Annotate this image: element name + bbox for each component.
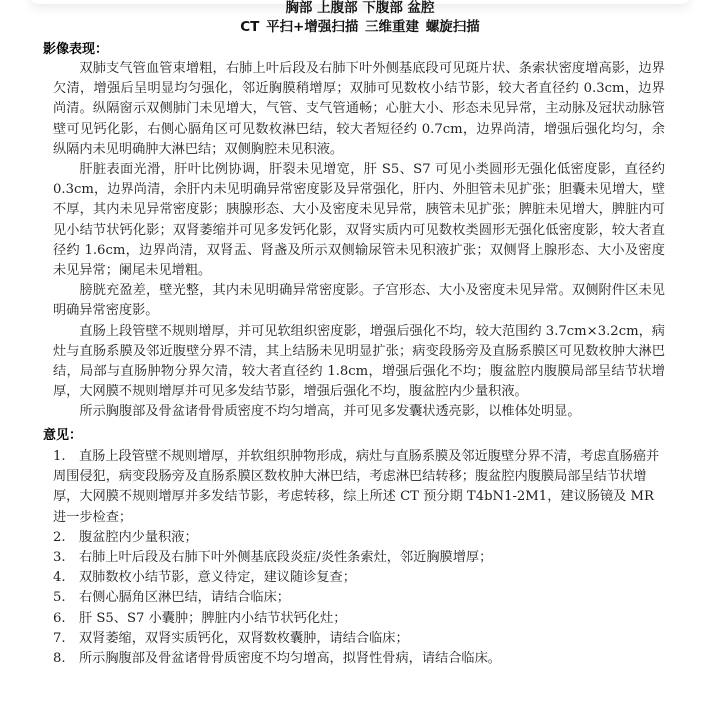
impression-item-text: 腹盆腔内少量积液； xyxy=(79,528,665,548)
findings-heading: 影像表现： xyxy=(43,38,108,57)
impression-item: 2.腹盆腔内少量积液； xyxy=(53,528,665,548)
findings-paragraph-bone: 所示胸腹部及骨盆诸骨骨质密度不均匀增高，并可见多发囊状透亮影，以椎体处明显。 xyxy=(53,402,665,422)
impression-item: 4.双肺数枚小结节影，意义待定，建议随诊复查； xyxy=(53,568,665,588)
impression-item: 3.右肺上叶后段及右肺下叶外侧基底段炎症/炎性条索灶，邻近胸膜增厚； xyxy=(53,548,665,568)
impression-item-number: 4. xyxy=(53,568,79,588)
findings-paragraph-abdomen: 肝脏表面光滑，肝叶比例协调，肝裂未见增宽，肝 S5、S7 可见小类圆形无强化低密… xyxy=(53,160,665,281)
impression-item-number: 3. xyxy=(53,548,79,568)
impression-heading: 意见： xyxy=(43,424,82,443)
impression-item-number: 1. xyxy=(53,447,79,467)
findings-body: 双肺支气管血管束增粗，右肺上叶后段及右肺下叶外侧基底段可见斑片状、条索状密度增高… xyxy=(53,59,665,423)
impression-item: 8.所示胸腹部及骨盆诸骨骨质密度不均匀增高，拟肾性骨病，请结合临床。 xyxy=(53,649,665,669)
impression-item: 6.肝 S5、S7 小囊肿；脾脏内小结节状钙化灶； xyxy=(53,609,665,629)
impression-item-number: 5. xyxy=(53,588,79,608)
impression-item-number: 7. xyxy=(53,629,79,649)
impression-item-number: 2. xyxy=(53,528,79,548)
findings-paragraph-rectum: 直肠上段管壁不规则增厚，并可见软组织密度影，增强后强化不均，较大范围约 3.7c… xyxy=(53,322,665,403)
impression-item-text: 所示胸腹部及骨盆诸骨骨质密度不均匀增高，拟肾性骨病，请结合临床。 xyxy=(79,649,665,669)
exam-methods-title: CT 平扫+增强扫描 三维重建 螺旋扫描 xyxy=(0,18,720,36)
impression-list: 1.直肠上段管壁不规则增厚，并软组织肿物形成，病灶与直肠系膜及邻近腹壁分界不清，… xyxy=(53,447,665,669)
impression-item-text: 右侧心膈角区淋巴结，请结合临床； xyxy=(79,588,665,608)
impression-item-text: 双肾萎缩，双肾实质钙化，双肾数枚囊肿，请结合临床； xyxy=(79,629,665,649)
findings-paragraph-pelvis: 膀胱充盈差，壁光整，其内未见明确异常密度影。子宫形态、大小及密度未见异常。双侧附… xyxy=(53,281,665,321)
impression-item: 5.右侧心膈角区淋巴结，请结合临床； xyxy=(53,588,665,608)
exam-regions-title: 胸部 上腹部 下腹部 盆腔 xyxy=(0,0,720,16)
impression-item-text: 右肺上叶后段及右肺下叶外侧基底段炎症/炎性条索灶，邻近胸膜增厚； xyxy=(79,548,665,568)
impression-item-text: 双肺数枚小结节影，意义待定，建议随诊复查； xyxy=(79,568,665,588)
impression-item: 7.双肾萎缩，双肾实质钙化，双肾数枚囊肿，请结合临床； xyxy=(53,629,665,649)
impression-item-number: 6. xyxy=(53,609,79,629)
impression-item-text: 肝 S5、S7 小囊肿；脾脏内小结节状钙化灶； xyxy=(79,609,665,629)
findings-paragraph-chest: 双肺支气管血管束增粗，右肺上叶后段及右肺下叶外侧基底段可见斑片状、条索状密度增高… xyxy=(53,59,665,160)
impression-item: 1.直肠上段管壁不规则增厚，并软组织肿物形成，病灶与直肠系膜及邻近腹壁分界不清，… xyxy=(53,447,665,528)
impression-item-text: 直肠上段管壁不规则增厚，并软组织肿物形成，病灶与直肠系膜及邻近腹壁分界不清，考虑… xyxy=(53,449,659,525)
impression-item-number: 8. xyxy=(53,649,79,669)
